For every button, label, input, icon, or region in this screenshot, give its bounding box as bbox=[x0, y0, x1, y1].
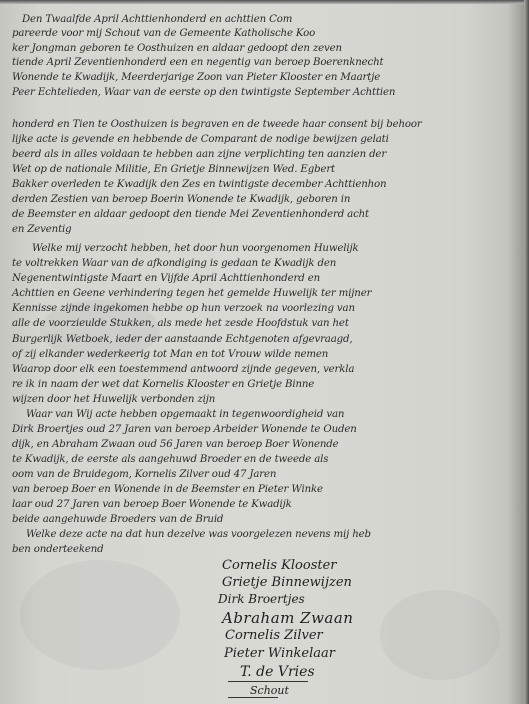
body-line: Achttien en Geene verhindering tegen het… bbox=[12, 288, 371, 299]
body-line: re ik in naam der wet dat Kornelis Kloos… bbox=[12, 379, 314, 390]
signature: Dirk Broertjes bbox=[218, 592, 305, 606]
body-line: laar oud 27 Jaren van beroep Boer Wonend… bbox=[12, 499, 292, 510]
signature-flourish bbox=[228, 697, 278, 698]
body-line: Dirk Broertjes oud 27 Jaren van beroep A… bbox=[12, 424, 357, 435]
body-line: Negenentwintigste Maart en Vijfde April … bbox=[12, 273, 320, 284]
body-line: en Zeventig bbox=[12, 224, 72, 235]
signature: Pieter Winkelaar bbox=[224, 646, 335, 661]
signature: Abraham Zwaan bbox=[222, 609, 353, 627]
body-line: Burgerlijk Wetboek, ieder der aanstaande… bbox=[12, 334, 352, 345]
body-line: derden Zestien van beroep Boerin Wonende… bbox=[12, 194, 350, 205]
body-line: honderd en Tien te Oosthuizen is begrave… bbox=[12, 119, 422, 130]
page-right-edge bbox=[524, 0, 529, 704]
body-line: of zij elkander wederkeerig tot Man en t… bbox=[12, 349, 328, 360]
body-line: Den Twaalfde April Achttienhonderd en ac… bbox=[22, 14, 292, 25]
paper-stain bbox=[20, 560, 180, 670]
body-line: beide aangehuwde Broeders van de Bruid bbox=[12, 514, 223, 525]
signature: Grietje Binnewijzen bbox=[222, 575, 352, 590]
body-line: te voltrekken Waar van de afkondiging is… bbox=[12, 258, 336, 269]
body-line: Welke mij verzocht hebben, het door hun … bbox=[32, 243, 359, 254]
page-top-edge bbox=[0, 0, 529, 4]
body-line: te Kwadijk, de eerste als aangehuwd Broe… bbox=[12, 454, 328, 465]
paper-stain bbox=[380, 590, 500, 680]
body-line: Welke deze acte na dat hun dezelve was v… bbox=[26, 529, 371, 540]
body-line: ben onderteekend bbox=[12, 544, 104, 555]
body-line: Peer Echtelieden, Waar van de eerste op … bbox=[12, 87, 395, 98]
body-line: oom van de Bruidegom, Kornelis Zilver ou… bbox=[12, 469, 276, 480]
signature: T. de Vries bbox=[240, 664, 315, 680]
signature: Cornelis Zilver bbox=[225, 628, 323, 643]
signature: Schout bbox=[250, 684, 289, 697]
body-line: pareerde voor mij Schout van de Gemeente… bbox=[12, 28, 315, 39]
document-page: Den Twaalfde April Achttienhonderd en ac… bbox=[0, 0, 529, 704]
signature-flourish bbox=[228, 681, 308, 682]
body-line: Wet op de nationale Militie, En Grietje … bbox=[12, 164, 335, 175]
body-line: de Beemster en aldaar gedoopt den tiende… bbox=[12, 209, 369, 220]
body-line: wijzen door het Huwelijk verbonden zijn bbox=[12, 394, 215, 405]
body-line: tiende April Zeventienhonderd een en neg… bbox=[12, 57, 383, 68]
body-line: Waarop door elk een toestemmend antwoord… bbox=[12, 364, 354, 375]
body-line: Bakker overleden te Kwadijk den Zes en t… bbox=[12, 179, 386, 190]
body-line: ker Jongman geboren te Oosthuizen en ald… bbox=[12, 43, 342, 54]
body-line: van beroep Boer en Wonende in de Beemste… bbox=[12, 484, 323, 495]
signature: Cornelis Klooster bbox=[222, 558, 337, 573]
body-line: Waar van Wij acte hebben opgemaakt in te… bbox=[26, 409, 344, 420]
body-line: alle de voorzieulde Stukken, als mede he… bbox=[12, 318, 349, 329]
body-line: beerd als in alles voldaan te hebben aan… bbox=[12, 149, 386, 160]
body-line: lijke acte is gevende en hebbende de Com… bbox=[12, 134, 389, 145]
body-line: dijk, en Abraham Zwaan oud 56 Jaren van … bbox=[12, 439, 339, 450]
body-line: Wonende te Kwadijk, Meerderjarige Zoon v… bbox=[12, 72, 380, 83]
body-line: Kennisse zijnde ingekomen hebbe op hun v… bbox=[12, 303, 355, 314]
